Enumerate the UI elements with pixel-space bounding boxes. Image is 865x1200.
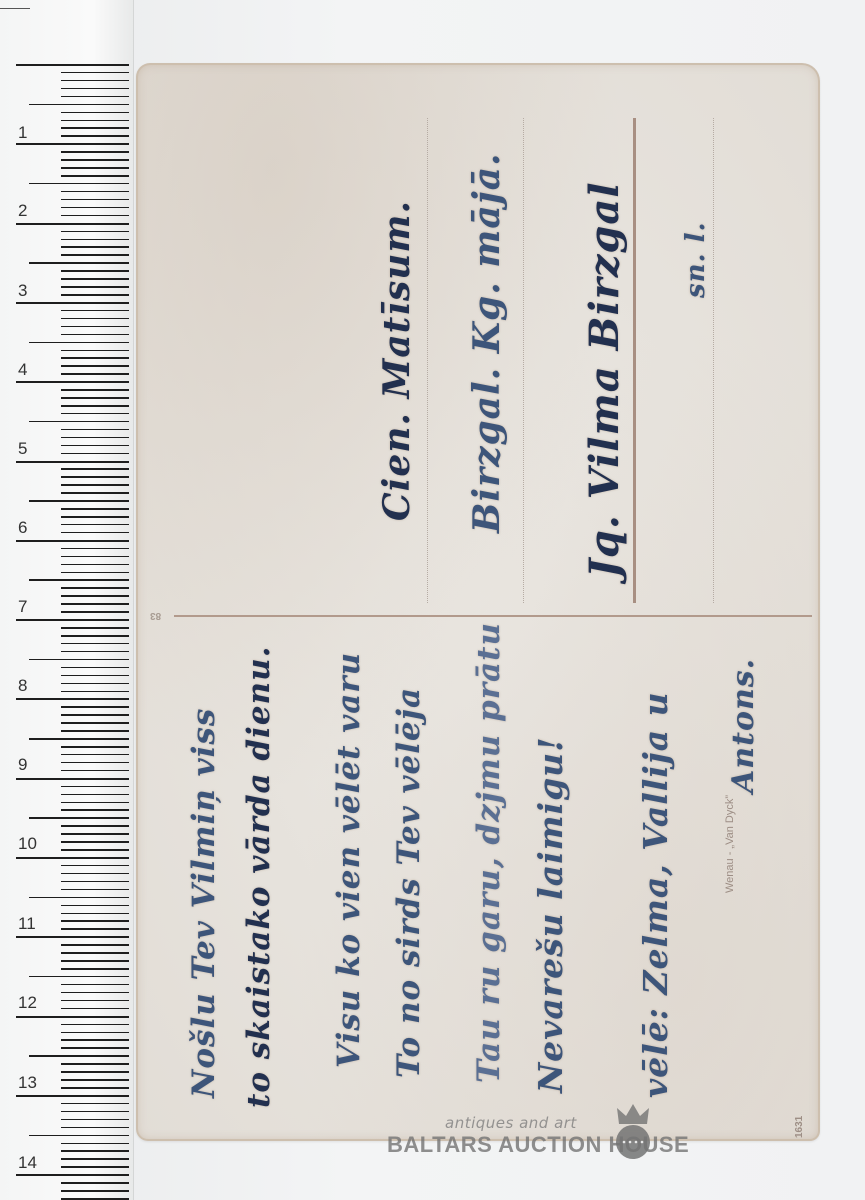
- ruler-tick: [29, 659, 129, 661]
- ruler-tick: [29, 500, 129, 502]
- ruler-tick: [61, 714, 129, 716]
- ruler-tick: [61, 476, 129, 478]
- auction-watermark: antiques and art BALTARS AUCTION HOUSE: [385, 1112, 785, 1172]
- ruler-tick: [61, 595, 129, 597]
- ruler-tick: [61, 373, 129, 375]
- ruler-label-1: 1: [18, 124, 27, 141]
- ruler-tick: [16, 1174, 129, 1176]
- ruler-tick: [16, 143, 129, 145]
- ruler-tick: [61, 548, 129, 550]
- ruler-tick: [61, 294, 129, 296]
- ruler-tick: [61, 326, 129, 328]
- ruler-tick: [61, 611, 129, 613]
- ruler-tick: [61, 603, 129, 605]
- ruler-tick: [61, 651, 129, 653]
- ruler-tick: [61, 1087, 129, 1089]
- ruler-tick: [29, 1055, 129, 1057]
- ruler-tick: [16, 698, 129, 700]
- ruler-tick: [61, 278, 129, 280]
- ruler-tick: [29, 976, 129, 978]
- ruler-tick: [16, 540, 129, 542]
- ruler-tick: [61, 246, 129, 248]
- ruler-label-9: 9: [18, 756, 27, 773]
- ruler-tick: [61, 1063, 129, 1065]
- ruler-tick: [61, 984, 129, 986]
- ruler-tick: [61, 564, 129, 566]
- message-line-5: Tau ru garu, dzjmu prātu: [471, 622, 507, 1083]
- ruler-tick: [61, 865, 129, 867]
- message-line-6: Nevarešu laimigu!: [531, 736, 570, 1093]
- postcard: 83 Wenau - „Van Dyck” 1631 Cien. Matīsum…: [136, 63, 820, 1141]
- message-line-7: vēlē: Zelma, Vallija u: [636, 691, 675, 1098]
- ruler-tick: [16, 619, 129, 621]
- ruler-tick: [61, 199, 129, 201]
- ruler-label-7: 7: [18, 598, 27, 615]
- ruler-tick: [61, 405, 129, 407]
- ruler-tick: [61, 960, 129, 962]
- ruler-tick: [16, 936, 129, 938]
- ruler-label-11: 11: [18, 915, 36, 932]
- ruler-tick: [61, 1024, 129, 1026]
- ruler-tick: [61, 667, 129, 669]
- ruler-tick: [16, 381, 129, 383]
- ruler-tick: [61, 762, 129, 764]
- ruler-label-6: 6: [18, 519, 27, 536]
- ruler-tick: [61, 920, 129, 922]
- ruler-tick: [61, 516, 129, 518]
- ruler-tick: [61, 207, 129, 209]
- ruler-tick: [61, 786, 129, 788]
- ruler-tick: [61, 905, 129, 907]
- ruler-tick: [61, 1079, 129, 1081]
- ruler-tick: [61, 1103, 129, 1105]
- ruler-label-14: 14: [18, 1154, 37, 1171]
- ruler-tick: [61, 532, 129, 534]
- ruler-label-8: 8: [18, 677, 27, 694]
- ruler-tick: [61, 643, 129, 645]
- watermark-tagline: antiques and art: [445, 1114, 577, 1132]
- ruler-tick: [61, 492, 129, 494]
- ruler-tick: [61, 88, 129, 90]
- ruler-tick: [61, 691, 129, 693]
- ruler-tick: [61, 437, 129, 439]
- ruler-tick: [61, 1071, 129, 1073]
- ruler-tick: [61, 239, 129, 241]
- ruler-tick: [61, 468, 129, 470]
- ruler-tick: [61, 754, 129, 756]
- publisher-imprint: Wenau - „Van Dyck”: [724, 795, 736, 893]
- ruler-tick: [61, 802, 129, 804]
- ruler-tick: [61, 1047, 129, 1049]
- ruler-tick: [16, 461, 129, 463]
- ruler-tick: [61, 635, 129, 637]
- ruler-label-3: 3: [18, 282, 27, 299]
- ruler-top-mark: [0, 8, 30, 9]
- ruler-tick: [61, 825, 129, 827]
- ruler-tick: [29, 817, 129, 819]
- ruler-tick: [61, 928, 129, 930]
- ruler-tick: [61, 968, 129, 970]
- ruler-tick: [61, 397, 129, 399]
- ruler-tick: [16, 1016, 129, 1018]
- ruler-tick: [29, 897, 129, 899]
- ruler-tick: [61, 1182, 129, 1184]
- ruler-tick: [61, 286, 129, 288]
- ruler-tick: [61, 1166, 129, 1168]
- ruler-tick: [61, 365, 129, 367]
- ruler-tick: [16, 857, 129, 859]
- ruler-tick: [61, 1111, 129, 1113]
- ruler-tick: [61, 1143, 129, 1145]
- ruler-tick: [61, 215, 129, 217]
- message-line-1: Nošlu Tev Vilmiņ viss: [186, 708, 222, 1098]
- ruler-tick: [61, 1150, 129, 1152]
- ruler-tick: [61, 318, 129, 320]
- ruler-tick: [61, 413, 129, 415]
- ruler-tick: [61, 889, 129, 891]
- ruler-tick: [61, 1198, 129, 1200]
- message-line-3: Visu ko vien vēlēt varu: [331, 652, 367, 1068]
- ruler-tick: [61, 1190, 129, 1192]
- ruler-tick: [61, 1039, 129, 1041]
- ruler-tick: [29, 579, 129, 581]
- ruler-label-10: 10: [18, 835, 37, 852]
- ruler-tick: [61, 913, 129, 915]
- ruler-tick: [61, 524, 129, 526]
- ruler-tick: [61, 254, 129, 256]
- ruler-tick: [16, 64, 129, 66]
- ruler-tick: [61, 944, 129, 946]
- ruler-tick: [61, 730, 129, 732]
- ruler-label-12: 12: [18, 994, 37, 1011]
- ruler-tick: [61, 191, 129, 193]
- ruler-tick: [29, 104, 129, 106]
- ruler-tick: [61, 683, 129, 685]
- ruler-tick: [29, 738, 129, 740]
- ruler-tick: [16, 223, 129, 225]
- ruler-tick: [61, 80, 129, 82]
- ruler-tick: [61, 120, 129, 122]
- serial-number: 1631: [794, 1116, 805, 1138]
- ruler-tick: [61, 1158, 129, 1160]
- ruler-tick: [61, 72, 129, 74]
- ruler-tick: [61, 350, 129, 352]
- ruler-tick: [61, 175, 129, 177]
- ruler-tick: [61, 334, 129, 336]
- printed-code: 83: [150, 610, 161, 621]
- ruler-label-2: 2: [18, 202, 27, 219]
- address-line-4: sn. l.: [681, 221, 711, 298]
- address-line-2: Birzgal. Kg. mājā.: [466, 152, 508, 533]
- ruler-tick: [61, 572, 129, 574]
- address-dotted-line: [523, 118, 524, 603]
- message-line-2: to skaistako vārda dienu.: [241, 646, 277, 1108]
- ruler-tick: [61, 453, 129, 455]
- ruler-tick: [61, 151, 129, 153]
- ruler-tick: [61, 849, 129, 851]
- ruler-tick: [61, 556, 129, 558]
- ruler-tick: [29, 262, 129, 264]
- ruler-tick: [61, 127, 129, 129]
- ruler-tick: [61, 159, 129, 161]
- ruler-tick: [61, 992, 129, 994]
- ruler-tick: [61, 746, 129, 748]
- address-dotted-line: [427, 118, 428, 603]
- ruler-tick: [61, 231, 129, 233]
- message-line-4: To no sirds Tev vēlēja: [391, 687, 427, 1078]
- ruler-tick: [61, 1000, 129, 1002]
- ruler-tick: [61, 627, 129, 629]
- ruler-tick: [61, 722, 129, 724]
- ruler-tick: [61, 167, 129, 169]
- ruler-tick: [61, 357, 129, 359]
- address-underline: [633, 118, 636, 603]
- ruler-tick: [61, 794, 129, 796]
- ruler-tick: [29, 342, 129, 344]
- ruler-tick: [61, 1127, 129, 1129]
- address-dotted-line: [713, 118, 714, 603]
- ruler-tick: [61, 135, 129, 137]
- ruler-tick: [61, 112, 129, 114]
- ruler-tick: [29, 183, 129, 185]
- ruler-tick: [61, 508, 129, 510]
- ruler-tick: [61, 484, 129, 486]
- ruler-tick: [29, 421, 129, 423]
- ruler-tick: [61, 389, 129, 391]
- ruler-tick: [61, 841, 129, 843]
- ruler-tick: [61, 96, 129, 98]
- message-signature: Antons.: [726, 658, 761, 793]
- ruler-tick: [16, 1095, 129, 1097]
- crown-orb-logo-icon: [613, 1104, 653, 1164]
- ruler-tick: [61, 270, 129, 272]
- ruler-tick: [61, 770, 129, 772]
- ruler-tick: [61, 1008, 129, 1010]
- ruler-tick: [61, 952, 129, 954]
- ruler-label-4: 4: [18, 361, 27, 378]
- ruler-tick: [61, 833, 129, 835]
- ruler-tick: [61, 706, 129, 708]
- ruler-tick: [61, 809, 129, 811]
- postcard-horizontal-divider: [174, 615, 812, 617]
- ruler-label-5: 5: [18, 440, 27, 457]
- ruler-tick: [29, 1135, 129, 1137]
- ruler-tick: [16, 778, 129, 780]
- ruler-tick: [61, 445, 129, 447]
- ruler: 1 2 3 4 5 6 7 8 9 10 11 12 13 14: [0, 0, 134, 1200]
- ruler-tick: [61, 675, 129, 677]
- ruler-label-13: 13: [18, 1074, 37, 1091]
- ruler-tick: [61, 1032, 129, 1034]
- address-line-3: Jq. Vilma Birzgal: [581, 181, 628, 578]
- address-line-1: Cien. Matīsum.: [376, 200, 418, 521]
- ruler-tick: [16, 302, 129, 304]
- ruler-tick: [61, 310, 129, 312]
- ruler-tick: [61, 873, 129, 875]
- ruler-tick: [61, 881, 129, 883]
- ruler-tick: [61, 429, 129, 431]
- ruler-tick: [61, 587, 129, 589]
- ruler-tick: [61, 1119, 129, 1121]
